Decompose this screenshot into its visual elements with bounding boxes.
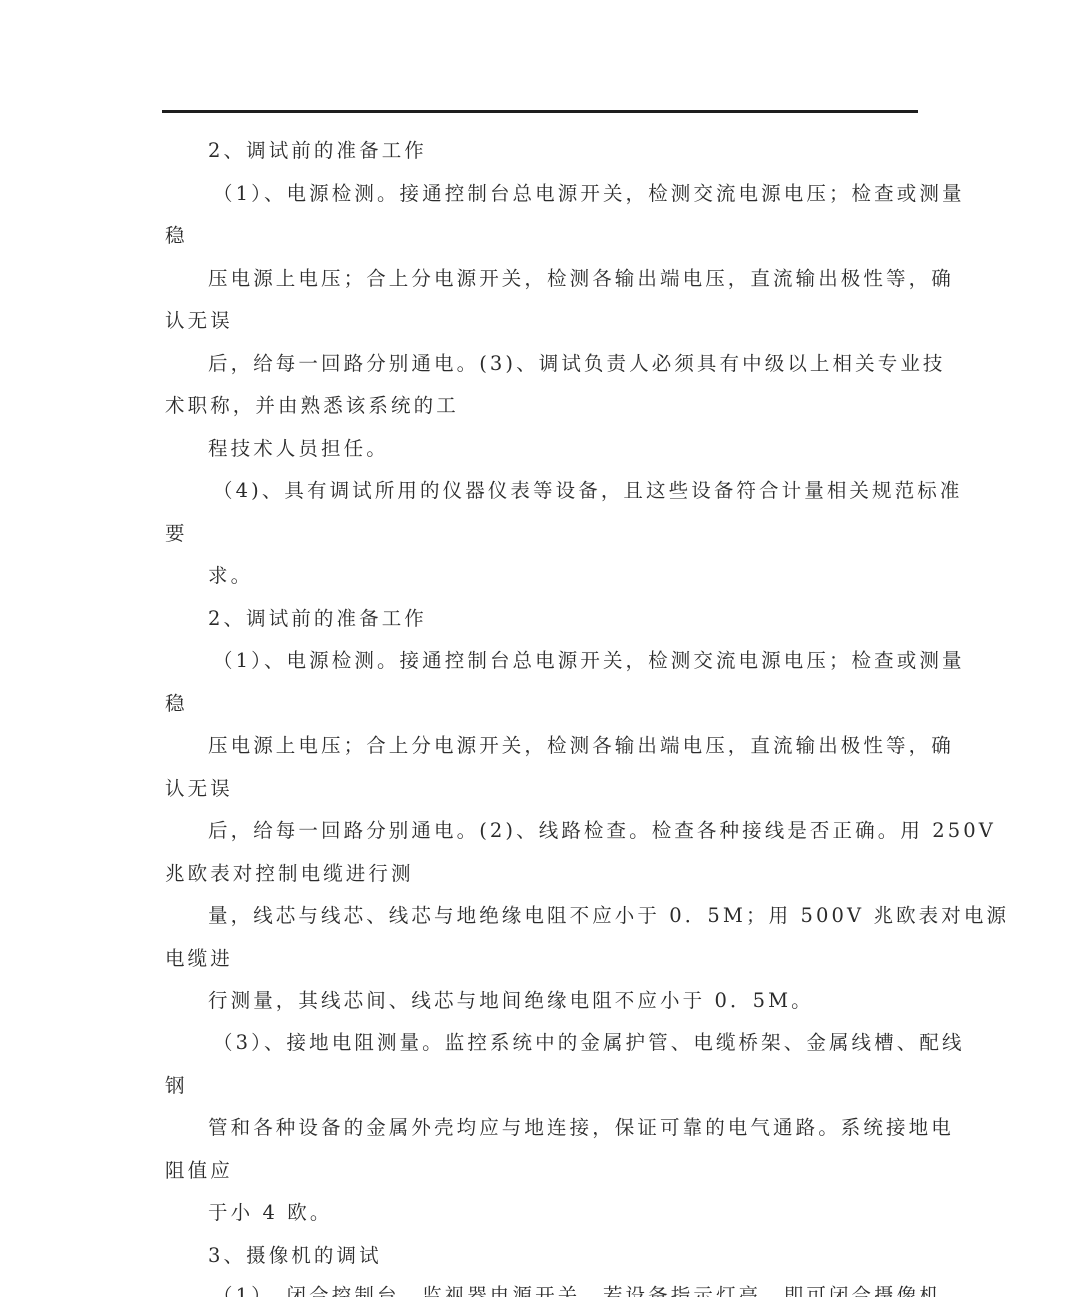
- text-line: 程技术人员担任。: [208, 437, 389, 461]
- text-line: 电缆进: [165, 947, 233, 971]
- text-line: 认无误: [165, 777, 233, 801]
- text-line: 于小 4 欧。: [208, 1201, 333, 1225]
- header-rule: [162, 110, 918, 113]
- text-line: 压电源上电压；合上分电源开关，检测各输出端电压，直流输出极性等，确: [208, 267, 954, 291]
- text-line: 术职称，并由熟悉该系统的工: [165, 394, 459, 418]
- text-line: 阻值应: [165, 1159, 233, 1183]
- text-line: 稳: [165, 692, 188, 716]
- text-line: 后，给每一回路分别通电。(3)、调试负责人必须具有中级以上相关专业技: [208, 352, 946, 376]
- text-line: （4)、具有调试所用的仪器仪表等设备，且这些设备符合计量相关规范标准: [213, 479, 962, 503]
- text-line: 3、摄像机的调试: [208, 1244, 382, 1268]
- text-line: （1）、电源检测。接通控制台总电源开关，检测交流电源电压；检查或测量: [213, 182, 965, 206]
- text-line: 后，给每一回路分别通电。(2)、线路检查。检查各种接线是否正确。用 250V: [208, 819, 996, 843]
- text-line: 认无误: [165, 309, 233, 333]
- text-line: 要: [165, 522, 188, 546]
- text-line: 钢: [165, 1074, 188, 1098]
- text-line: 压电源上电压；合上分电源开关，检测各输出端电压，直流输出极性等，确: [208, 734, 954, 758]
- text-line: 2、调试前的准备工作: [208, 607, 427, 631]
- text-line: （1）、闭合控制台、监视器电源开关，若设备指示灯亮，即可闭合摄像机: [213, 1284, 942, 1297]
- text-line: （3）、接地电阻测量。监控系统中的金属护管、电缆桥架、金属线槽、配线: [213, 1031, 965, 1055]
- text-line: 量，线芯与线芯、线芯与地绝缘电阻不应小于 0．5M；用 500V 兆欧表对电源: [208, 904, 1009, 928]
- text-line: 2、调试前的准备工作: [208, 139, 427, 163]
- text-line: 行测量，其线芯间、线芯与地间绝缘电阻不应小于 0．5M。: [208, 989, 814, 1013]
- text-line: 求。: [208, 564, 253, 588]
- document-page: 2、调试前的准备工作（1）、电源检测。接通控制台总电源开关，检测交流电源电压；检…: [0, 0, 1080, 1297]
- text-line: （1）、电源检测。接通控制台总电源开关，检测交流电源电压；检查或测量: [213, 649, 965, 673]
- text-line: 管和各种设备的金属外壳均应与地连接，保证可靠的电气通路。系统接地电: [208, 1116, 954, 1140]
- text-line: 兆欧表对控制电缆进行测: [165, 862, 414, 886]
- text-line: 稳: [165, 224, 188, 248]
